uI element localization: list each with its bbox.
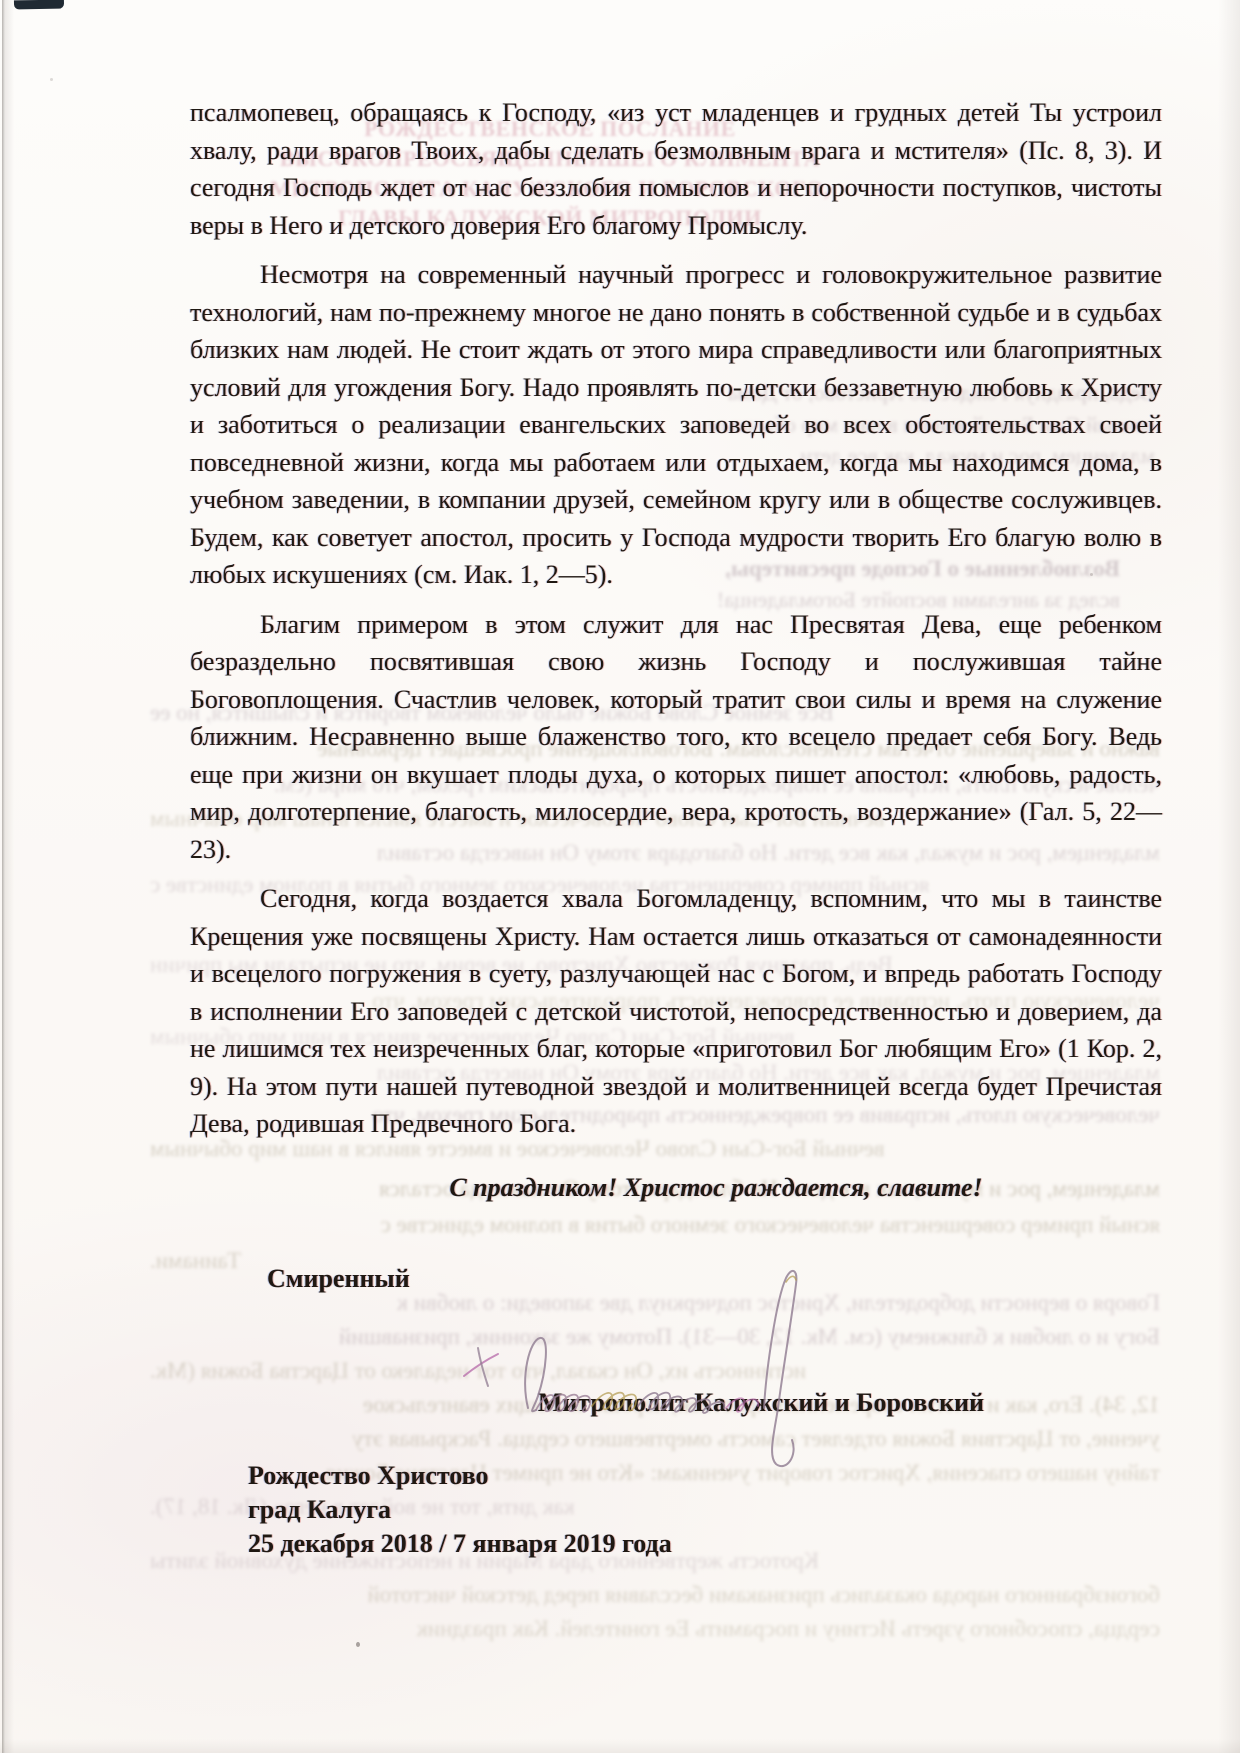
paper-speck (356, 1642, 360, 1647)
scan-edge-shadow-bottom (0, 1739, 1240, 1753)
signature-area (190, 1298, 1162, 1384)
ghost-text-line: богоизбранного народа оказались признака… (150, 1582, 1160, 1608)
paper-speck (50, 78, 53, 81)
signoff-humble: Смиренный (190, 1260, 1162, 1298)
scanned-page: РОЖДЕСТВЕНСКОЕ ПОСЛАНИЕВЫСОКОПРЕОСВЯЩЕНН… (0, 0, 1240, 1753)
scan-edge-shadow-right (1218, 0, 1240, 1753)
dateline-row: Рождество Христово (248, 1459, 1162, 1493)
dateline: Рождество Христовоград Калуга25 декабря … (190, 1459, 1162, 1561)
body-text: псалмопевец, обращаясь к Господу, «из ус… (190, 94, 1162, 1143)
signoff-title: Митрополит Калужский и Боровский (190, 1384, 1162, 1422)
dateline-row: 25 декабря 2018 / 7 января 2019 года (248, 1527, 1162, 1561)
scan-edge-shadow-left-soft (5, 0, 14, 1753)
ghost-text-line: сердца, способного узреть Истину и посра… (150, 1616, 1160, 1642)
body-paragraph: Благим примером в этом служит для нас Пр… (190, 606, 1162, 869)
body-paragraph: Сегодня, когда воздается хвала Богомладе… (190, 880, 1162, 1143)
body-paragraph: псалмопевец, обращаясь к Господу, «из ус… (190, 94, 1162, 244)
letter-content: псалмопевец, обращаясь к Господу, «из ус… (190, 94, 1162, 1561)
festive-greeting: С праздником! Христос раждается, славите… (190, 1169, 1162, 1207)
dateline-row: град Калуга (248, 1493, 1162, 1527)
body-paragraph: Несмотря на современный научный прогресс… (190, 256, 1162, 594)
scan-corner-mark (14, 0, 64, 9)
paper-speck (1090, 573, 1093, 576)
